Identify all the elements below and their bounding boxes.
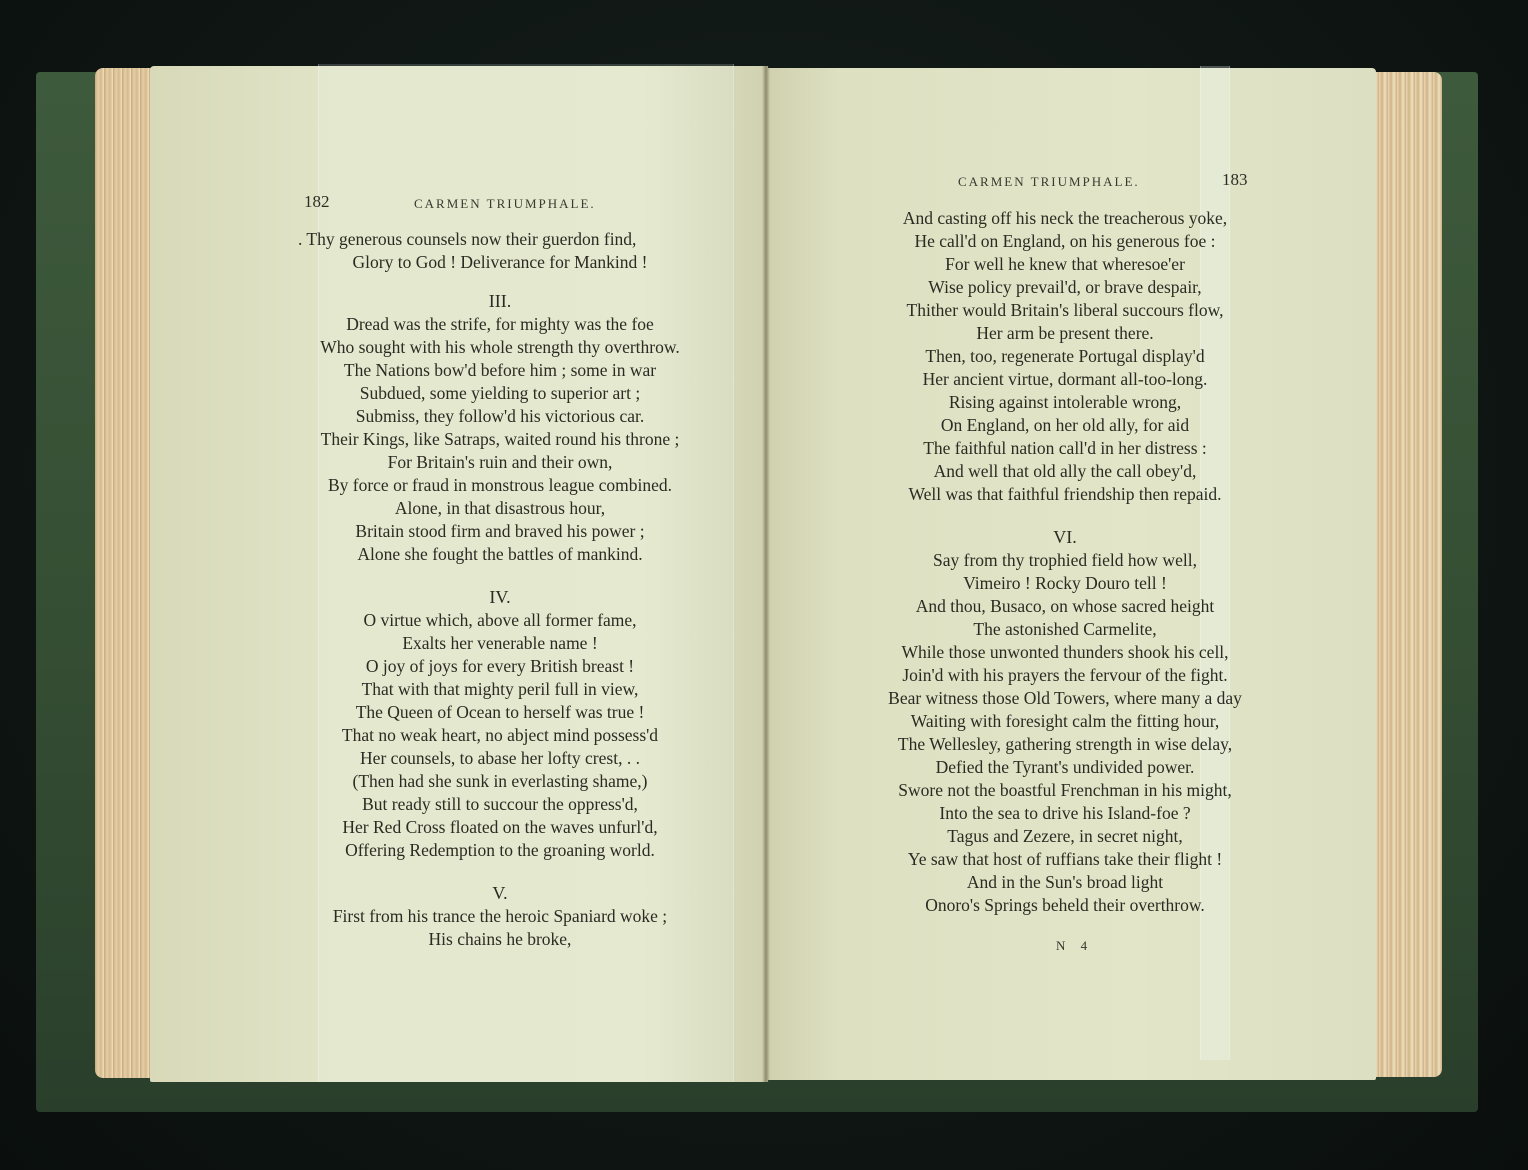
left-page-number: 182 [304, 192, 330, 212]
verse-line: And well that old ally the call obey'd, [840, 460, 1290, 483]
verse-line: Vimeiro ! Rocky Douro tell ! [840, 572, 1290, 595]
verse-line: And casting off his neck the treacherous… [840, 207, 1290, 230]
verse-line: Bear witness those Old Towers, where man… [840, 687, 1290, 710]
verse-line: Her arm be present there. [840, 322, 1290, 345]
verse-line: Swore not the boastful Frenchman in his … [840, 779, 1290, 802]
verse-line: (Then had she sunk in everlasting shame,… [280, 770, 720, 793]
verse-line: . Thy generous counsels now their guerdo… [280, 228, 720, 251]
verse-line: Submiss, they follow'd his victorious ca… [280, 405, 720, 428]
right-page-text: And casting off his neck the treacherous… [840, 207, 1290, 917]
verse-line: For well he knew that wheresoe'er [840, 253, 1290, 276]
verse-line: Then, too, regenerate Portugal display'd [840, 345, 1290, 368]
verse-line: Alone she fought the battles of mankind. [280, 543, 720, 566]
verse-line: While those unwonted thunders shook his … [840, 641, 1290, 664]
verse-line: Offering Redemption to the groaning worl… [280, 839, 720, 862]
verse-line: That with that mighty peril full in view… [280, 678, 720, 701]
verse-line: Thither would Britain's liberal succours… [840, 299, 1290, 322]
stanza-numeral: V. [280, 882, 720, 905]
verse-line: The faithful nation call'd in her distre… [840, 437, 1290, 460]
verse-line: Rising against intolerable wrong, [840, 391, 1290, 414]
verse-line: The Queen of Ocean to herself was true ! [280, 701, 720, 724]
verse-line: Who sought with his whole strength thy o… [280, 336, 720, 359]
right-running-head: CARMEN TRIUMPHALE. [958, 174, 1140, 190]
verse-line: And thou, Busaco, on whose sacred height [840, 595, 1290, 618]
verse-line: First from his trance the heroic Spaniar… [280, 905, 720, 928]
verse-line: For Britain's ruin and their own, [280, 451, 720, 474]
verse-line: O virtue which, above all former fame, [280, 609, 720, 632]
verse-line: Join'd with his prayers the fervour of t… [840, 664, 1290, 687]
verse-line: Her Red Cross floated on the waves unfur… [280, 816, 720, 839]
verse-line: Say from thy trophied field how well, [840, 549, 1290, 572]
right-page-edges [1370, 72, 1442, 1077]
verse-line: The Nations bow'd before him ; some in w… [280, 359, 720, 382]
verse-line: Waiting with foresight calm the fitting … [840, 710, 1290, 733]
verse-line: O joy of joys for every British breast ! [280, 655, 720, 678]
stanza-numeral: IV. [280, 586, 720, 609]
verse-line: His chains he broke, [280, 928, 720, 951]
verse-line: Wise policy prevail'd, or brave despair, [840, 276, 1290, 299]
stanza-numeral: VI. [840, 526, 1290, 549]
verse-line: By force or fraud in monstrous league co… [280, 474, 720, 497]
verse-line: Exalts her venerable name ! [280, 632, 720, 655]
verse-line: Britain stood firm and braved his power … [280, 520, 720, 543]
verse-line: Her counsels, to abase her lofty crest, … [280, 747, 720, 770]
stanza-numeral: III. [280, 290, 720, 313]
verse-line: Well was that faithful friendship then r… [840, 483, 1290, 506]
verse-line: And in the Sun's broad light [840, 871, 1290, 894]
verse-line: Ye saw that host of ruffians take their … [840, 848, 1290, 871]
verse-line: He call'd on England, on his generous fo… [840, 230, 1290, 253]
left-page-text: . Thy generous counsels now their guerdo… [280, 228, 720, 951]
left-running-head: CARMEN TRIUMPHALE. [414, 196, 596, 212]
right-page-number: 183 [1222, 170, 1248, 190]
verse-line: That no weak heart, no abject mind posse… [280, 724, 720, 747]
verse-line: On England, on her old ally, for aid [840, 414, 1290, 437]
verse-line: But ready still to succour the oppress'd… [280, 793, 720, 816]
verse-line: The astonished Carmelite, [840, 618, 1290, 641]
verse-line: Defied the Tyrant's undivided power. [840, 756, 1290, 779]
verse-line: Her ancient virtue, dormant all-too-long… [840, 368, 1290, 391]
verse-line: Their Kings, like Satraps, waited round … [280, 428, 720, 451]
verse-line: Dread was the strife, for mighty was the… [280, 313, 720, 336]
book-gutter [762, 66, 770, 1082]
signature-mark: N 4 [1056, 938, 1093, 954]
verse-line: Into the sea to drive his Island-foe ? [840, 802, 1290, 825]
verse-line: Tagus and Zezere, in secret night, [840, 825, 1290, 848]
verse-line: Alone, in that disastrous hour, [280, 497, 720, 520]
verse-line: The Wellesley, gathering strength in wis… [840, 733, 1290, 756]
verse-line: Subdued, some yielding to superior art ; [280, 382, 720, 405]
verse-line: Onoro's Springs beheld their overthrow. [840, 894, 1290, 917]
verse-line: Glory to God ! Deliverance for Mankind ! [280, 251, 720, 274]
